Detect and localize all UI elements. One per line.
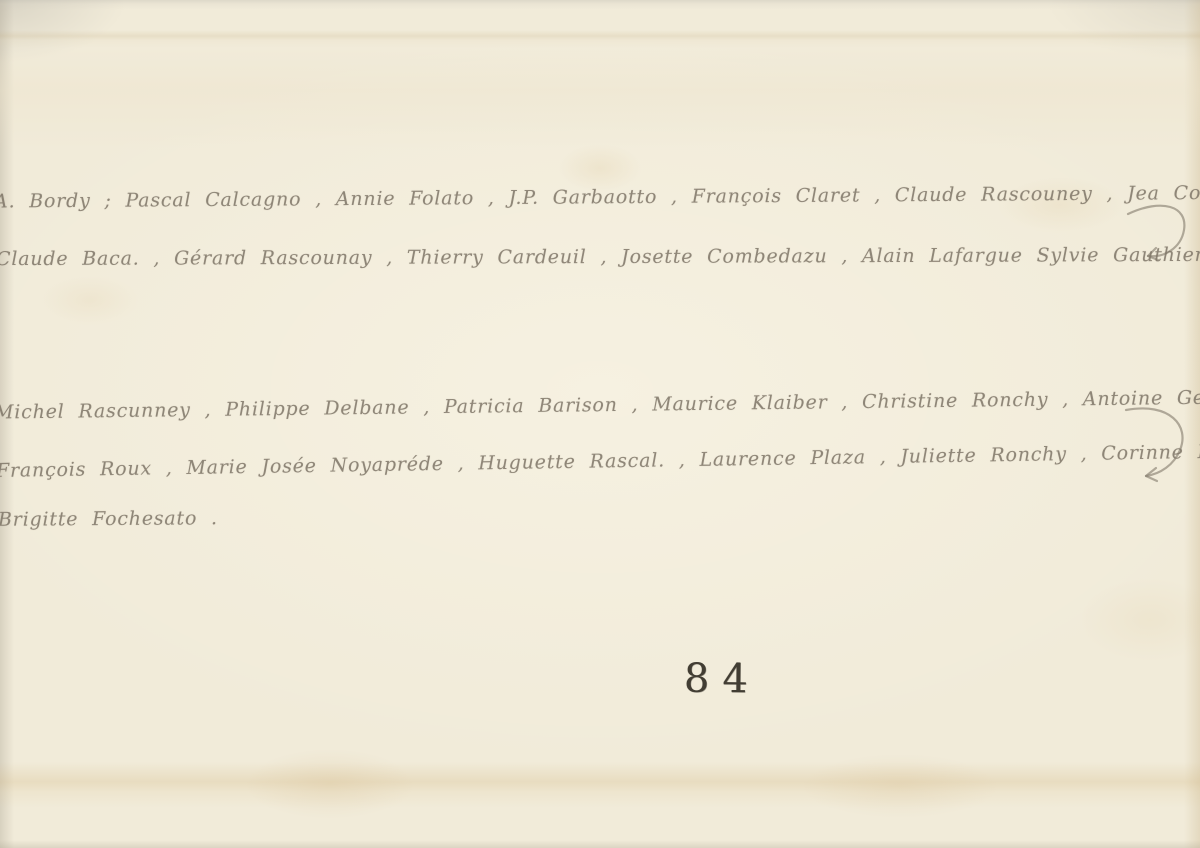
handwritten-line-2: Claude Baca. , Gérard Rascounay , Thierr… bbox=[0, 244, 1200, 270]
handwritten-line-1: A. Bordy ; Pascal Calcagno , Annie Folat… bbox=[0, 181, 1200, 212]
handwritten-line-5: Brigitte Fochesato . bbox=[0, 507, 218, 531]
flourish-bracket-icon bbox=[1122, 196, 1194, 292]
handwritten-line-4: François Roux , Marie Josée Noyapréde , … bbox=[0, 440, 1200, 482]
scanned-page: A. Bordy ; Pascal Calcagno , Annie Folat… bbox=[0, 0, 1200, 848]
flourish-arrow-icon bbox=[1112, 402, 1196, 504]
handwritten-line-3: Michel Rascunney , Philippe Delbane , Pa… bbox=[0, 386, 1200, 423]
page-number-stamp: 84 bbox=[684, 656, 761, 703]
